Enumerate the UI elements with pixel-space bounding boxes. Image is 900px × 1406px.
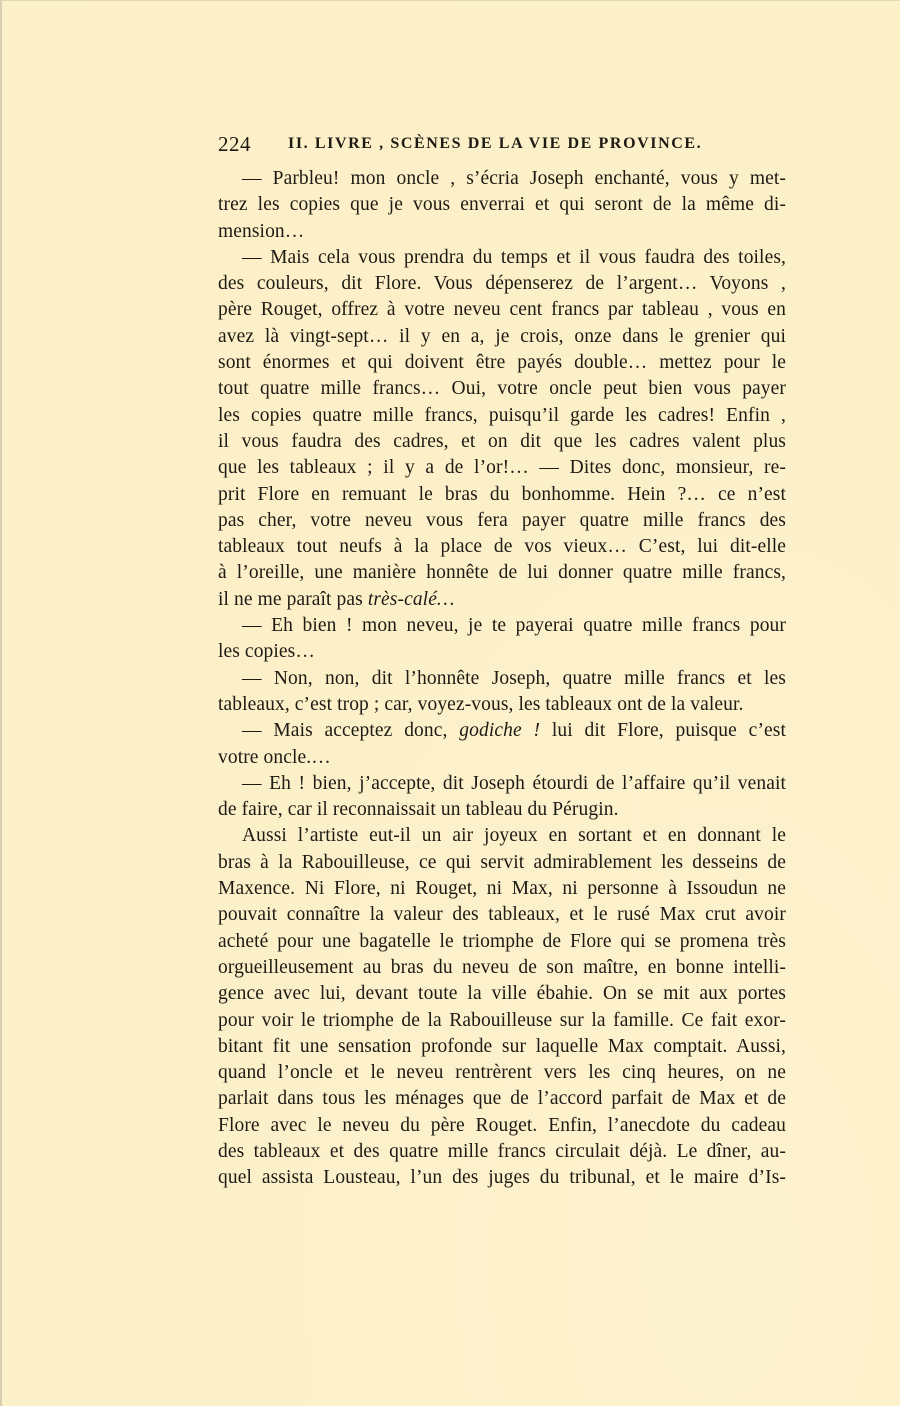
page-number: 224 bbox=[218, 132, 251, 157]
text-line: votre oncle.… bbox=[218, 745, 786, 771]
text-line: orgueilleusement au bras du neveu de son… bbox=[218, 955, 786, 981]
text-line-content: parlait dans tous les ménages que de l’a… bbox=[218, 1088, 786, 1109]
text-line-content: à l’oreille, une manière honnête de lui … bbox=[218, 562, 786, 583]
text-line: gence avec lui, devant toute la ville éb… bbox=[218, 981, 786, 1007]
text-line-content: — Parbleu! mon oncle , s’écria Joseph en… bbox=[242, 168, 786, 189]
text-line-content: les copies… bbox=[218, 641, 315, 662]
text-line: bitant fit une sensation profonde sur la… bbox=[218, 1034, 786, 1060]
text-line: — Eh bien ! mon neveu, je te payerai qua… bbox=[218, 613, 786, 639]
text-line-content: avez là vingt-sept… il y en a, je crois,… bbox=[218, 326, 786, 347]
text-line: — Mais acceptez donc, godiche ! lui dit … bbox=[218, 718, 786, 744]
text-line-content: trez les copies que je vous enverrai et … bbox=[218, 194, 786, 215]
text-line: tableaux, c’est trop ; car, voyez-vous, … bbox=[218, 692, 786, 718]
text-line-content: que les tableaux ; il y a de l’or!… — Di… bbox=[218, 457, 786, 478]
text-line-content: Aussi l’artiste eut-il un air joyeux en … bbox=[242, 825, 786, 846]
text-line: Flore avec le neveu du père Rouget. Enfi… bbox=[218, 1113, 786, 1139]
text-line: — Non, non, dit l’honnête Joseph, quatre… bbox=[218, 666, 786, 692]
text-line-content: sont énormes et qui doivent être payés d… bbox=[218, 352, 786, 373]
text-line-content: tableaux, c’est trop ; car, voyez-vous, … bbox=[218, 694, 743, 715]
text-line-content: bras à la Rabouilleuse, ce qui servit ad… bbox=[218, 852, 786, 873]
text-line-content: de faire, car il reconnaissait un tablea… bbox=[218, 799, 619, 820]
text-line: les copies quatre mille francs, puisqu’i… bbox=[218, 403, 786, 429]
text-line: il ne me paraît pas très-calé… bbox=[218, 587, 786, 613]
text-line: de faire, car il reconnaissait un tablea… bbox=[218, 797, 786, 823]
text-line: tableaux tout neufs à la place de vos vi… bbox=[218, 534, 786, 560]
text-line: avez là vingt-sept… il y en a, je crois,… bbox=[218, 324, 786, 350]
text-line-content: pouvait connaître la valeur des tableaux… bbox=[218, 904, 786, 925]
italic-emphasis: très-calé… bbox=[368, 589, 455, 610]
text-line: trez les copies que je vous enverrai et … bbox=[218, 192, 786, 218]
text-line-content: il vous faudra des cadres, et on dit que… bbox=[218, 431, 786, 452]
text-line: parlait dans tous les ménages que de l’a… bbox=[218, 1086, 786, 1112]
text-line-content: quand l’oncle et le neveu rentrèrent ver… bbox=[218, 1062, 786, 1083]
text-line-content: pour voir le triomphe de la Rabouilleuse… bbox=[218, 1010, 786, 1031]
text-line: à l’oreille, une manière honnête de lui … bbox=[218, 560, 786, 586]
text-line: quand l’oncle et le neveu rentrèrent ver… bbox=[218, 1060, 786, 1086]
text-line-content: bitant fit une sensation profonde sur la… bbox=[218, 1036, 786, 1057]
book-page: 224 II. LIVRE , SCÈNES DE LA VIE DE PROV… bbox=[0, 0, 900, 1406]
text-line-content: tableaux tout neufs à la place de vos vi… bbox=[218, 536, 786, 557]
text-line-content: — Eh ! bien, j’accepte, dit Joseph étour… bbox=[242, 773, 786, 794]
text-line: — Eh ! bien, j’accepte, dit Joseph étour… bbox=[218, 771, 786, 797]
body-text: — Parbleu! mon oncle , s’écria Joseph en… bbox=[218, 166, 786, 1192]
text-line-content: des couleurs, dit Flore. Vous dépenserez… bbox=[218, 273, 786, 294]
text-line-content: — Mais cela vous prendra du temps et il … bbox=[242, 247, 786, 268]
text-line: pour voir le triomphe de la Rabouilleuse… bbox=[218, 1008, 786, 1034]
text-line: — Mais cela vous prendra du temps et il … bbox=[218, 245, 786, 271]
text-line: pouvait connaître la valeur des tableaux… bbox=[218, 902, 786, 928]
text-line: Maxence. Ni Flore, ni Rouget, ni Max, ni… bbox=[218, 876, 786, 902]
text-line: les copies… bbox=[218, 639, 786, 665]
text-line-content: quel assista Lousteau, l’un des juges du… bbox=[218, 1167, 786, 1188]
text-line: — Parbleu! mon oncle , s’écria Joseph en… bbox=[218, 166, 786, 192]
text-line-content: lui dit Flore, puisque c’est bbox=[540, 720, 786, 741]
text-line-content: — Non, non, dit l’honnête Joseph, quatre… bbox=[242, 668, 786, 689]
text-line-content: tout quatre mille francs… Oui, votre onc… bbox=[218, 378, 786, 399]
text-line: quel assista Lousteau, l’un des juges du… bbox=[218, 1165, 786, 1191]
text-line-content: Maxence. Ni Flore, ni Rouget, ni Max, ni… bbox=[218, 878, 786, 899]
text-line-content: prit Flore en remuant le bras du bonhomm… bbox=[218, 484, 786, 505]
text-line: tout quatre mille francs… Oui, votre onc… bbox=[218, 376, 786, 402]
text-line: il vous faudra des cadres, et on dit que… bbox=[218, 429, 786, 455]
text-line-content: gence avec lui, devant toute la ville éb… bbox=[218, 983, 786, 1004]
text-line: des tableaux et des quatre mille francs … bbox=[218, 1139, 786, 1165]
text-line: bras à la Rabouilleuse, ce qui servit ad… bbox=[218, 850, 786, 876]
text-line: mension… bbox=[218, 219, 786, 245]
text-line: acheté pour une bagatelle le triomphe de… bbox=[218, 929, 786, 955]
text-line-content: les copies quatre mille francs, puisqu’i… bbox=[218, 405, 786, 426]
text-line-content: père Rouget, offrez à votre neveu cent f… bbox=[218, 299, 786, 320]
text-line-content: votre oncle.… bbox=[218, 747, 331, 768]
text-line-content: — Eh bien ! mon neveu, je te payerai qua… bbox=[242, 615, 786, 636]
text-line-content: mension… bbox=[218, 221, 304, 242]
running-title: II. LIVRE , SCÈNES DE LA VIE DE PROVINCE… bbox=[288, 135, 702, 153]
text-line-content: orgueilleusement au bras du neveu de son… bbox=[218, 957, 786, 978]
text-line: des couleurs, dit Flore. Vous dépenserez… bbox=[218, 271, 786, 297]
text-line-content: acheté pour une bagatelle le triomphe de… bbox=[218, 931, 786, 952]
text-line-content: — Mais acceptez donc, bbox=[242, 720, 459, 741]
running-header: 224 II. LIVRE , SCÈNES DE LA VIE DE PROV… bbox=[218, 132, 788, 158]
text-line: pas cher, votre neveu vous fera payer qu… bbox=[218, 508, 786, 534]
text-line-content: il ne me paraît pas bbox=[218, 589, 368, 610]
text-line-content: Flore avec le neveu du père Rouget. Enfi… bbox=[218, 1115, 786, 1136]
text-line: sont énormes et qui doivent être payés d… bbox=[218, 350, 786, 376]
italic-emphasis: godiche ! bbox=[459, 720, 540, 741]
text-line-content: pas cher, votre neveu vous fera payer qu… bbox=[218, 510, 786, 531]
text-line: prit Flore en remuant le bras du bonhomm… bbox=[218, 482, 786, 508]
text-line-content: des tableaux et des quatre mille francs … bbox=[218, 1141, 786, 1162]
text-line: Aussi l’artiste eut-il un air joyeux en … bbox=[218, 823, 786, 849]
text-line: que les tableaux ; il y a de l’or!… — Di… bbox=[218, 455, 786, 481]
text-line: père Rouget, offrez à votre neveu cent f… bbox=[218, 297, 786, 323]
